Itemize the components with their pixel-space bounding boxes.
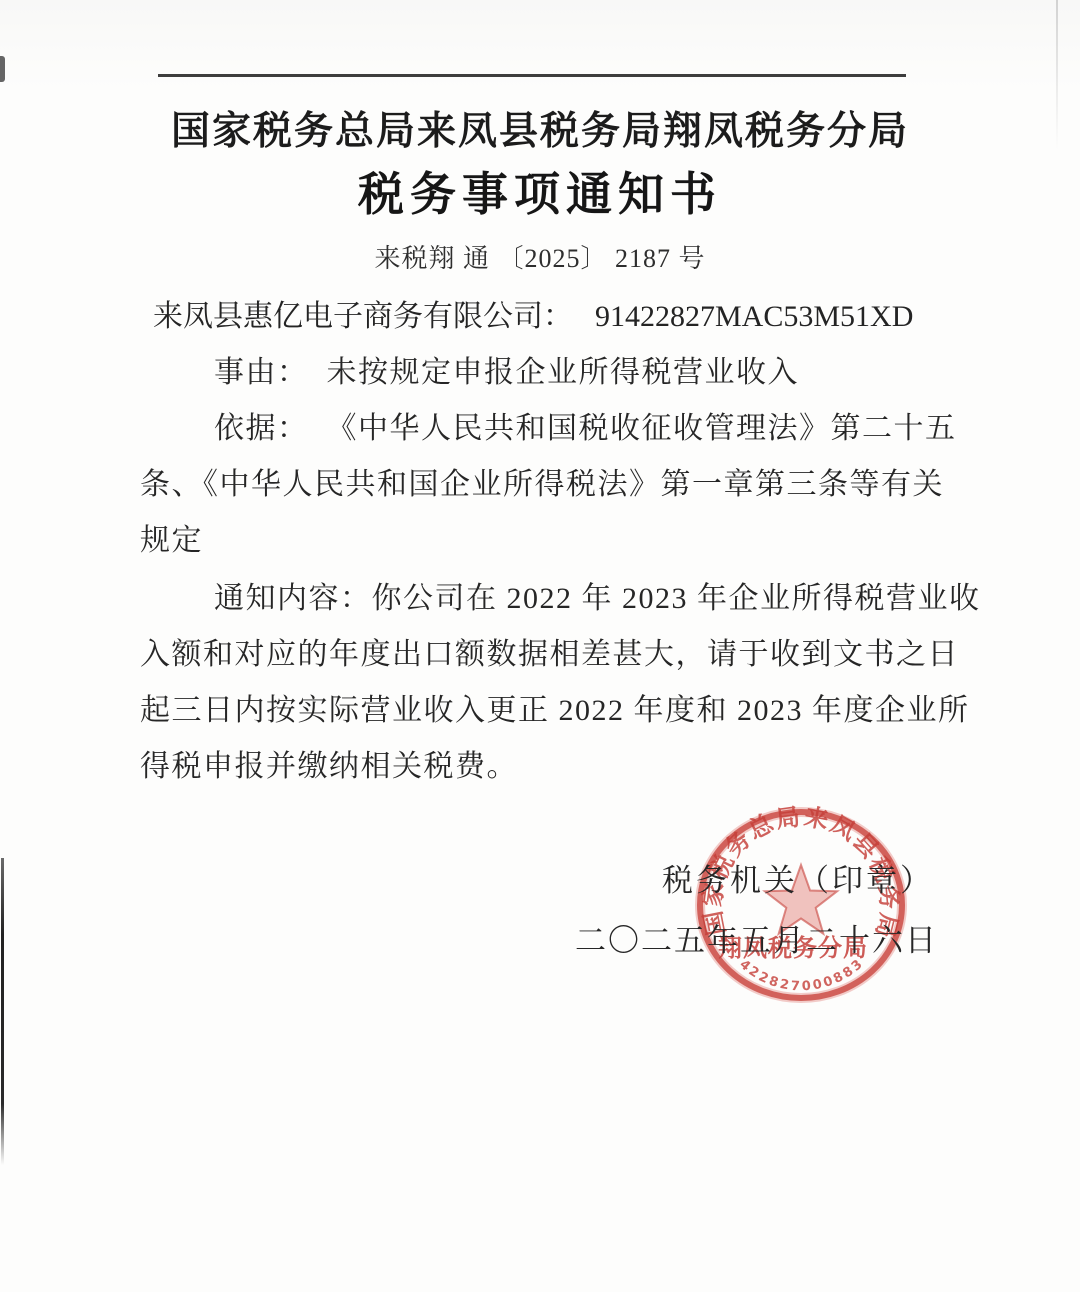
scan-artifact-left-line xyxy=(1,858,4,1165)
recipient-line: 来凤县惠亿电子商务有限公司：91422827MAC53M51XD xyxy=(153,291,913,335)
scan-artifact-right-line xyxy=(1056,0,1058,150)
official-seal: 国家税务总局来凤县税务局 翔凤税务分局 4228270008837 xyxy=(686,790,916,1020)
body-line-content-4: 得税申报并缴纳相关税费。 xyxy=(140,741,940,785)
body-line-basis-2: 条、《中华人民共和国企业所得税法》第一章第三条等有关 xyxy=(140,459,940,503)
recipient-tax-id: 91422827MAC53M51XD xyxy=(595,300,913,333)
scan-artifact-blob xyxy=(0,56,5,82)
document-number: 来税翔 通 〔2025〕 2187 号 xyxy=(0,238,1080,275)
body-line-content-2: 入额和对应的年度出口额数据相差甚大，请于收到文书之日 xyxy=(140,629,940,673)
document-page: 国家税务总局来凤县税务局翔凤税务分局 税务事项通知书 来税翔 通 〔2025〕 … xyxy=(0,0,1080,1292)
body-line-basis-3: 规定 xyxy=(140,515,940,559)
body-line-subject: 事由： 未按规定申报企业所得税营业收入 xyxy=(140,347,940,391)
body-line-basis-1: 依据： 《中华人民共和国税收征收管理法》第二十五 xyxy=(140,403,940,447)
body-line-content-3: 起三日内按实际营业收入更正 2022 年度和 2023 年度企业所 xyxy=(140,685,940,729)
recipient-company-name: 来凤县惠亿电子商务有限公司： xyxy=(153,300,573,333)
body-line-content-1: 通知内容：你公司在 2022 年 2023 年企业所得税营业收 xyxy=(140,573,940,617)
header-divider xyxy=(158,74,906,77)
document-title: 税务事项通知书 xyxy=(0,158,1080,224)
signature-date: 二〇二五年五月二十六日 xyxy=(575,915,938,960)
issuing-authority-name: 国家税务总局来凤县税务局翔凤税务分局 xyxy=(0,100,1080,156)
signature-authority-line: 税务机关（印章） xyxy=(662,855,934,900)
